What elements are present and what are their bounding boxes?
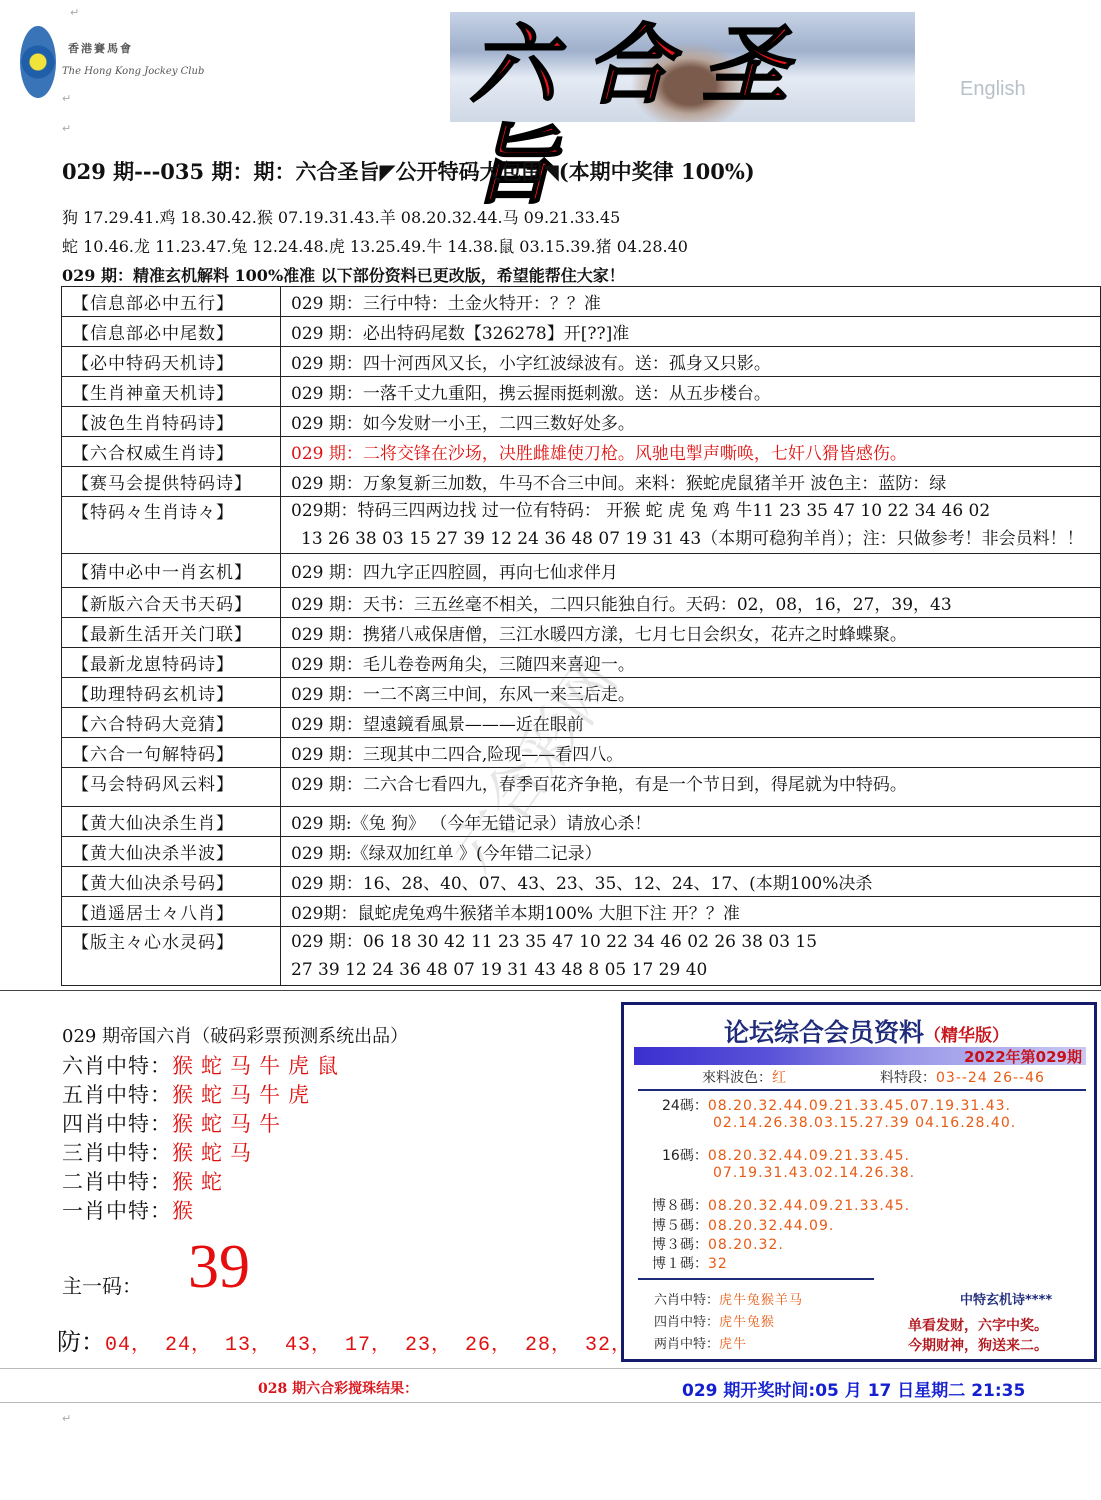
- poem-title: 中特玄机诗****: [960, 1289, 1052, 1308]
- row-label: 【马会特码风云料】: [62, 768, 281, 807]
- table-row: 【生肖神童天机诗】029 期：一落千丈九重阳，携云握雨挺刺激。送：从五步楼台。: [62, 377, 1101, 407]
- prediction-row: 三肖中特：猴蛇马: [62, 1137, 259, 1167]
- prediction-animals: 猴蛇马牛: [172, 1112, 288, 1136]
- code-values: 07.19.31.43.02.14.26.38.: [713, 1165, 915, 1181]
- draw-time: 029 期开奖时间:05 月 17 日星期二 21:35: [682, 1376, 1025, 1401]
- member-box-title: 论坛综合会员资料（精华版）: [724, 1013, 1009, 1049]
- row-label: 【特码々生肖诗々】: [62, 497, 281, 554]
- row-label: 【版主々心水灵码】: [62, 927, 281, 986]
- code-values: 32: [708, 1256, 728, 1272]
- prediction-row: 二肖中特：猴蛇: [62, 1166, 230, 1196]
- prediction-animals: 猴蛇马牛虎鼠: [172, 1054, 346, 1078]
- code-label: 16碼：: [662, 1148, 708, 1164]
- row-value: 029 期：四九字正四腔圆，再向七仙求伴月: [281, 554, 1101, 588]
- row-value-multiline: 029期：特码三四两边找 过一位有特码： 开猴 蛇 虎 兔 鸡 牛11 23 3…: [281, 497, 1101, 554]
- code-group-16: 16碼：08.20.32.44.09.21.33.45.: [662, 1145, 910, 1165]
- main-code-value: 39: [188, 1232, 250, 1303]
- row-value: 029 期：三现其中二四合,险现——看四八。: [281, 738, 1101, 768]
- table-row: 【新版六合天书天码】029 期：天书：三五丝毫不相关，二四只能独自行。天码：02…: [62, 588, 1101, 618]
- wave-color: 來料波色：红: [702, 1067, 787, 1087]
- table-row: 【最新生活开关门联】029 期：携猪八戒保唐僧，三江水暖四方漾，七月七日会织女，…: [62, 618, 1101, 648]
- code-values: 08.20.32.44.09.21.33.45.: [708, 1148, 910, 1164]
- table-row: 【黄大仙决杀生肖】029 期:《兔 狗》 （今年无错记录）请放心杀！: [62, 807, 1101, 837]
- row-value-highlight: 029 期：二将交锋在沙场，决胜雌雄使刀枪。风驰电掣声嘶唤，七奸八猾皆感伤。: [281, 437, 1101, 467]
- zodiac-pick-2: 两肖中特：虎牛: [654, 1333, 747, 1352]
- row-value: 029 期：万象复新三加数，牛马不合三中间。来料：猴蛇虎鼠猪羊开 波色主：蓝防：…: [281, 467, 1101, 497]
- prediction-title: 029 期帝国六肖（破码彩票预测系统出品）: [62, 1022, 408, 1048]
- code-group-3: 博３碼：08.20.32.: [652, 1234, 784, 1254]
- banner-image: 六合圣旨: [450, 12, 915, 122]
- row-value-line-2: 13 26 38 03 15 27 39 12 24 36 48 07 19 3…: [291, 525, 1092, 553]
- row-value: 029 期：16、28、40、07、43、23、35、12、24、17、(本期1…: [281, 867, 1101, 897]
- code-label: 博３碼：: [652, 1237, 708, 1253]
- prediction-animals: 猴: [172, 1199, 201, 1223]
- row-value: 029 期:《兔 狗》 （今年无错记录）请放心杀！: [281, 807, 1101, 837]
- member-box-period: 2022年第029期: [964, 1046, 1082, 1067]
- logo-chinese-text: 香港賽馬會: [68, 40, 133, 56]
- table-row: 【版主々心水灵码】029 期：06 18 30 42 11 23 35 47 1…: [62, 927, 1101, 986]
- row-label: 【信息部必中尾数】: [62, 317, 281, 347]
- row-value: 029 期：毛儿卷卷两角尖，三随四来喜迎一。: [281, 648, 1101, 678]
- row-value: 029 期：如今发财一小王，二四三数好处多。: [281, 407, 1101, 437]
- poem-line-1: 单看发财，六字中奖。: [908, 1315, 1048, 1335]
- table-row: 【必中特码天机诗】029 期：四十河西风又长，小字红波绿波有。送：孤身又只影。: [62, 347, 1101, 377]
- member-box-subtitle: （精华版）: [924, 1026, 1009, 1046]
- prediction-row: 四肖中特：猴蛇马牛: [62, 1108, 288, 1138]
- poem-line-2: 今期财神，狗送来二。: [908, 1335, 1048, 1355]
- table-row: 【特码々生肖诗々】029期：特码三四两边找 过一位有特码： 开猴 蛇 虎 兔 鸡…: [62, 497, 1101, 554]
- row-value: 029 期：天书：三五丝毫不相关，二四只能独自行。天码：02，08，16，27，…: [281, 588, 1101, 618]
- row-label: 【黄大仙决杀半波】: [62, 837, 281, 867]
- row-label: 【最新生活开关门联】: [62, 618, 281, 648]
- code-group-8: 博８碼：08.20.32.44.09.21.33.45.: [652, 1195, 910, 1215]
- member-box-divider: [638, 1089, 1086, 1091]
- code-values: 08.20.32.44.09.: [708, 1218, 834, 1234]
- row-label: 【六合一句解特码】: [62, 738, 281, 768]
- code-group-1: 博１碼：32: [652, 1253, 728, 1273]
- paragraph-mark: ↵: [62, 1412, 71, 1425]
- table-row: 【六合权威生肖诗】029 期：二将交锋在沙场，决胜雌雄使刀枪。风驰电掣声嘶唤，七…: [62, 437, 1101, 467]
- row-label: 【最新龙崽特码诗】: [62, 648, 281, 678]
- code-values: 08.20.32.: [708, 1237, 784, 1253]
- row-value: 029期：鼠蛇虎兔鸡牛猴猪羊本期100% 大胆下注 开？？准: [281, 897, 1101, 927]
- code-group-24: 24碼：08.20.32.44.09.21.33.45.07.19.31.43.: [662, 1095, 1011, 1115]
- wave-label: 來料波色：: [702, 1070, 772, 1086]
- backup-numbers: 防：04， 24， 13， 43， 17， 23， 26， 28， 32，: [57, 1322, 632, 1357]
- wave-value: 红: [772, 1070, 787, 1086]
- member-data-box: 论坛综合会员资料（精华版） 2022年第029期 來料波色：红 料特段：03--…: [621, 1002, 1097, 1362]
- zodiac-pick-4: 四肖中特：虎牛兔猴: [654, 1311, 775, 1330]
- row-value: 029 期:《绿双加红单 》(今年错二记录）: [281, 837, 1101, 867]
- row-value-line-1: 029期：特码三四两边找 过一位有特码： 开猴 蛇 虎 兔 鸡 牛11 23 3…: [291, 497, 1092, 525]
- row-value: 029 期：三行中特：土金火特开：？？准: [281, 287, 1101, 317]
- row-label: 【信息部必中五行】: [62, 287, 281, 317]
- draw-result-label: 028 期六合彩搅珠结果：: [258, 1378, 418, 1398]
- table-row: 【波色生肖特码诗】029 期：如今发财一小王，二四三数好处多。: [62, 407, 1101, 437]
- notice-line: 029 期：精准玄机解料 100%准准 以下部份资料已更改版，希望能帮住大家！: [62, 263, 625, 286]
- section-divider: [0, 990, 1101, 991]
- table-row: 【赛马会提供特码诗】029 期：万象复新三加数，牛马不合三中间。来料：猴蛇虎鼠猪…: [62, 467, 1101, 497]
- zodiac-numbers-line-1: 狗 17.29.41.鸡 18.30.42.猴 07.19.31.43.羊 08…: [62, 205, 620, 228]
- row-value-line-1: 029 期：06 18 30 42 11 23 35 47 10 22 34 4…: [291, 928, 1092, 956]
- table-row: 【信息部必中尾数】029 期：必出特码尾数【326278】开[??]准: [62, 317, 1101, 347]
- row-label: 【波色生肖特码诗】: [62, 407, 281, 437]
- zodiac-pick-label: 四肖中特：: [654, 1315, 719, 1330]
- code-group-16-line2: 07.19.31.43.02.14.26.38.: [713, 1165, 915, 1181]
- prediction-label: 三肖中特：: [62, 1141, 172, 1165]
- row-label: 【六合特码大竞猜】: [62, 708, 281, 738]
- code-group-24-line2: 02.14.26.38.03.15.27.39 04.16.28.40.: [713, 1115, 1016, 1131]
- table-row: 【信息部必中五行】029 期：三行中特：土金火特开：？？准: [62, 287, 1101, 317]
- row-label: 【逍遥居士々八肖】: [62, 897, 281, 927]
- member-box-title-text: 论坛综合会员资料: [724, 1018, 924, 1047]
- logo-english-text: The Hong Kong Jockey Club: [62, 66, 204, 77]
- paragraph-mark: ↵: [62, 122, 71, 135]
- backup-number-list: 04， 24， 13， 43， 17， 23， 26， 28， 32，: [105, 1334, 632, 1357]
- code-group-5: 博５碼：08.20.32.44.09.: [652, 1215, 834, 1235]
- zodiac-pick-label: 两肖中特：: [654, 1337, 719, 1352]
- segment-value: 03--24 26--46: [936, 1070, 1045, 1086]
- member-box-divider: [638, 1278, 874, 1280]
- row-value: 029 期：一落千丈九重阳，携云握雨挺刺激。送：从五步楼台。: [281, 377, 1101, 407]
- zodiac-pick-6: 六肖中特：虎牛兔猴羊马: [654, 1289, 803, 1308]
- row-label: 【新版六合天书天码】: [62, 588, 281, 618]
- row-label: 【赛马会提供特码诗】: [62, 467, 281, 497]
- row-label: 【黄大仙决杀号码】: [62, 867, 281, 897]
- prediction-row: 六肖中特：猴蛇马牛虎鼠: [62, 1050, 346, 1080]
- segment-label: 料特段：: [880, 1070, 936, 1086]
- prediction-label: 六肖中特：: [62, 1054, 172, 1078]
- paragraph-mark: ↵: [62, 92, 71, 105]
- code-label: 博５碼：: [652, 1218, 708, 1234]
- backup-label: 防：: [57, 1328, 105, 1356]
- row-value: 029 期：望遠鏡看風景———近在眼前: [281, 708, 1101, 738]
- table-row: 【黄大仙决杀半波】029 期:《绿双加红单 》(今年错二记录）: [62, 837, 1101, 867]
- prediction-label: 五肖中特：: [62, 1083, 172, 1107]
- code-values: 02.14.26.38.03.15.27.39 04.16.28.40.: [713, 1115, 1016, 1131]
- row-label: 【六合权威生肖诗】: [62, 437, 281, 467]
- code-values: 08.20.32.44.09.21.33.45.07.19.31.43.: [708, 1098, 1011, 1114]
- prediction-label: 一肖中特：: [62, 1199, 172, 1223]
- row-value: 029 期：携猪八戒保唐僧，三江水暖四方漾，七月七日会织女，花卉之时蜂蝶聚。: [281, 618, 1101, 648]
- footer-bottom-line: [0, 1402, 1101, 1403]
- prediction-animals: 猴蛇: [172, 1170, 230, 1194]
- paragraph-mark: ↵: [70, 6, 79, 19]
- row-value: 029 期：二六合七看四九，春季百花齐争艳，有是一个节日到，得尾就为中特码。: [281, 768, 1101, 807]
- jockey-club-logo-icon: [20, 26, 56, 98]
- prediction-row: 五肖中特：猴蛇马牛虎: [62, 1079, 317, 1109]
- zodiac-pick-value: 虎牛: [719, 1337, 747, 1352]
- table-row: 【黄大仙决杀号码】029 期：16、28、40、07、43、23、35、12、2…: [62, 867, 1101, 897]
- row-label: 【猜中必中一肖玄机】: [62, 554, 281, 588]
- row-value-line-2: 27 39 12 24 36 48 07 19 31 43 48 8 05 17…: [291, 956, 1092, 984]
- zodiac-pick-value: 虎牛兔猴羊马: [719, 1293, 803, 1308]
- footer-top-line: [0, 1368, 1101, 1369]
- prediction-animals: 猴蛇马: [172, 1141, 259, 1165]
- row-value: 029 期：一二不离三中间，东风一来三后走。: [281, 678, 1101, 708]
- row-value-multiline: 029 期：06 18 30 42 11 23 35 47 10 22 34 4…: [281, 927, 1101, 986]
- zodiac-numbers-line-2: 蛇 10.46.龙 11.23.47.兔 12.24.48.虎 13.25.49…: [62, 234, 688, 257]
- row-value: 029 期：四十河西风又长，小字红波绿波有。送：孤身又只影。: [281, 347, 1101, 377]
- row-label: 【生肖神童天机诗】: [62, 377, 281, 407]
- prediction-row: 一肖中特：猴: [62, 1195, 201, 1225]
- table-row: 【猜中必中一肖玄机】029 期：四九字正四腔圆，再向七仙求伴月: [62, 554, 1101, 588]
- row-label: 【必中特码天机诗】: [62, 347, 281, 377]
- row-label: 【黄大仙决杀生肖】: [62, 807, 281, 837]
- zodiac-pick-label: 六肖中特：: [654, 1293, 719, 1308]
- predictions-table: 【信息部必中五行】029 期：三行中特：土金火特开：？？准 【信息部必中尾数】0…: [61, 286, 1101, 986]
- special-segment: 料特段：03--24 26--46: [880, 1067, 1045, 1087]
- prediction-label: 二肖中特：: [62, 1170, 172, 1194]
- code-label: 24碼：: [662, 1098, 708, 1114]
- row-label: 【助理特码玄机诗】: [62, 678, 281, 708]
- code-values: 08.20.32.44.09.21.33.45.: [708, 1198, 910, 1214]
- main-code-label: 主一码：: [62, 1270, 142, 1299]
- english-link[interactable]: English: [960, 78, 1026, 101]
- prediction-animals: 猴蛇马牛虎: [172, 1083, 317, 1107]
- table-row: 【逍遥居士々八肖】029期：鼠蛇虎兔鸡牛猴猪羊本期100% 大胆下注 开？？准: [62, 897, 1101, 927]
- code-label: 博８碼：: [652, 1198, 708, 1214]
- table-row: 【马会特码风云料】029 期：二六合七看四九，春季百花齐争艳，有是一个节日到，得…: [62, 768, 1101, 807]
- row-value: 029 期：必出特码尾数【326278】开[??]准: [281, 317, 1101, 347]
- code-label: 博１碼：: [652, 1256, 708, 1272]
- prediction-label: 四肖中特：: [62, 1112, 172, 1136]
- banner-title: 六合圣旨: [470, 16, 915, 216]
- zodiac-pick-value: 虎牛兔猴: [719, 1315, 775, 1330]
- page-headline: 029 期---035 期：期：六合圣旨◤公开特码大包围◥(本期中奖律 100%…: [62, 156, 755, 186]
